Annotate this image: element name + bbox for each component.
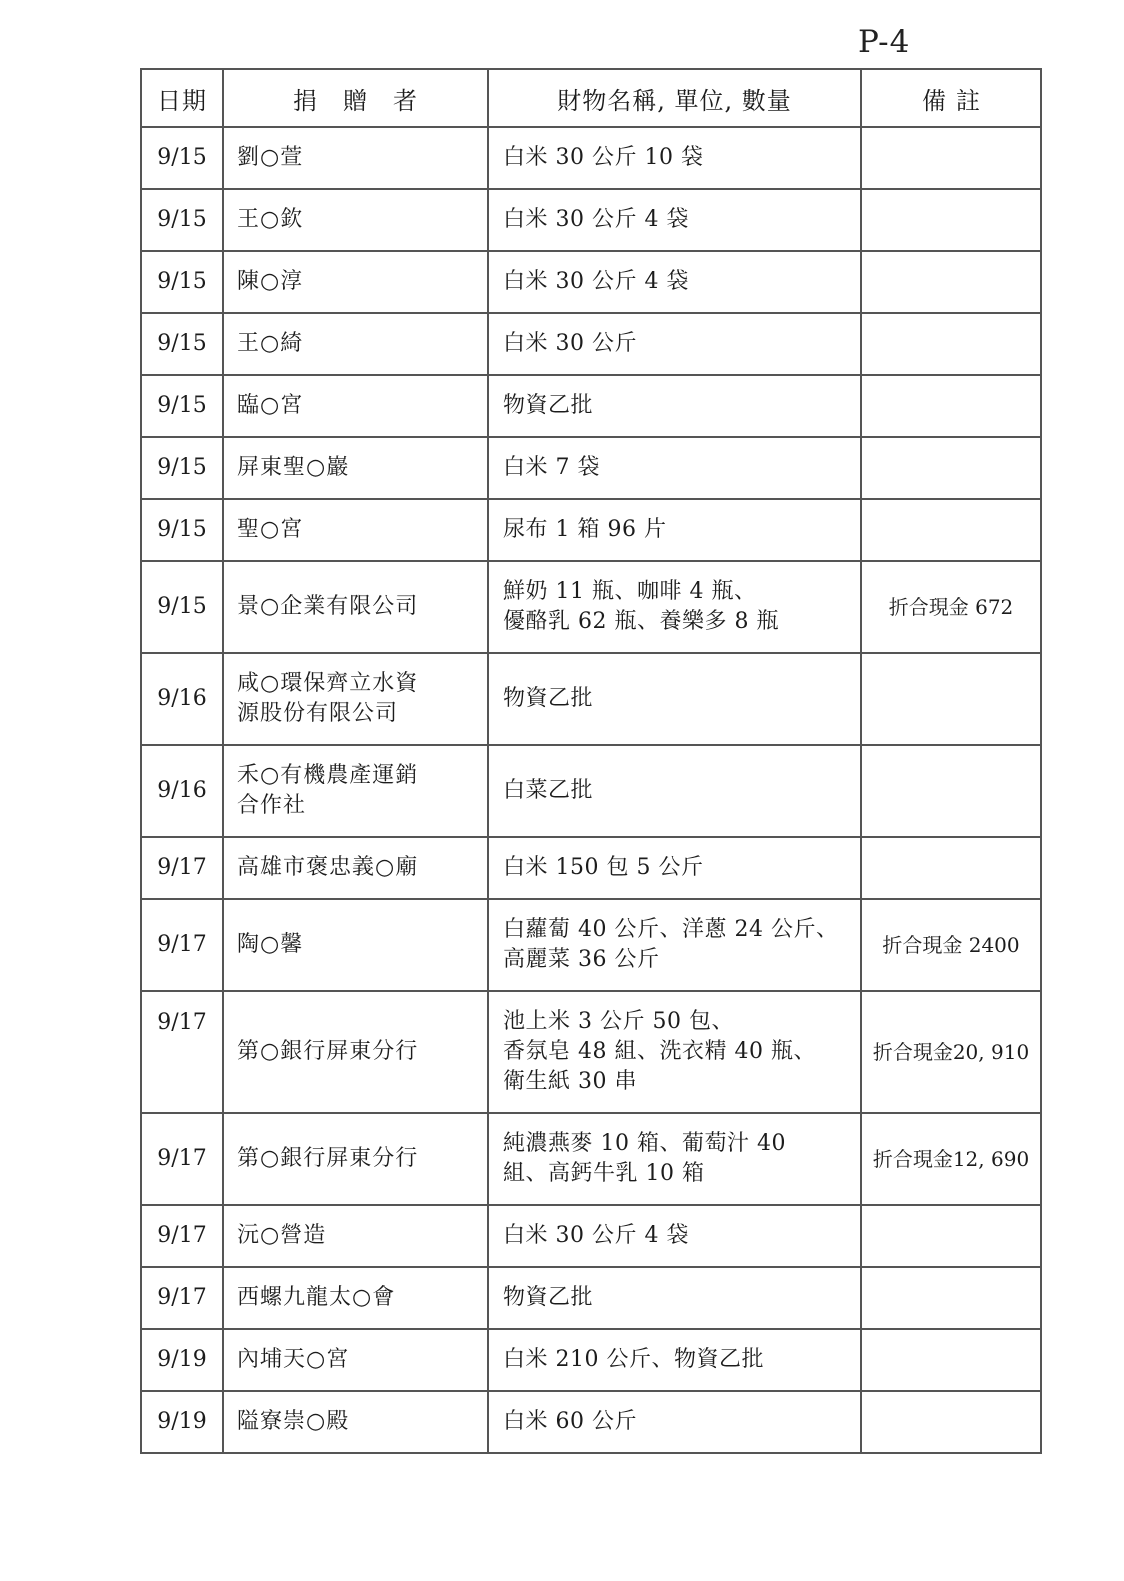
cell-donor: 禾○有機農產運銷 合作社 xyxy=(223,745,488,837)
table-row: 9/16 禾○有機農產運銷 合作社 白菜乙批 xyxy=(141,745,1041,837)
table-row: 9/15 臨○宮 物資乙批 xyxy=(141,375,1041,437)
cell-date: 9/19 xyxy=(141,1329,223,1391)
table-row: 9/15 陳○淳 白米 30 公斤 4 袋 xyxy=(141,251,1041,313)
cell-donor: 高雄市褒忠義○廟 xyxy=(223,837,488,899)
header-row: 日期 捐 贈 者 財物名稱, 單位, 數量 備註 xyxy=(141,69,1041,127)
cell-items: 池上米 3 公斤 50 包、 香氛皂 48 組、洗衣精 40 瓶、 衛生紙 30… xyxy=(488,991,861,1113)
cell-items: 物資乙批 xyxy=(488,375,861,437)
cell-note xyxy=(861,437,1041,499)
donation-table: 日期 捐 贈 者 財物名稱, 單位, 數量 備註 9/15 劉○萱 白米 30 … xyxy=(140,68,1042,1454)
document-page: P-4 日期 捐 贈 者 財物名稱, 單位, 數量 備註 9/15 劉○萱 白米… xyxy=(0,0,1124,1581)
cell-date: 9/15 xyxy=(141,561,223,653)
table-row: 9/19 內埔天○宮 白米 210 公斤、物資乙批 xyxy=(141,1329,1041,1391)
cell-items: 物資乙批 xyxy=(488,653,861,745)
table-row: 9/15 劉○萱 白米 30 公斤 10 袋 xyxy=(141,127,1041,189)
cell-note xyxy=(861,313,1041,375)
table-body: 9/15 劉○萱 白米 30 公斤 10 袋 9/15 王○欽 白米 30 公斤… xyxy=(141,127,1041,1453)
cell-items: 白米 30 公斤 xyxy=(488,313,861,375)
cell-note xyxy=(861,375,1041,437)
table-row: 9/19 隘寮崇○殿 白米 60 公斤 xyxy=(141,1391,1041,1453)
table-row: 9/17 第○銀行屏東分行 純濃燕麥 10 箱、葡萄汁 40 組、高鈣牛乳 10… xyxy=(141,1113,1041,1205)
cell-note: 折合現金20, 910 xyxy=(861,991,1041,1113)
cell-donor: 第○銀行屏東分行 xyxy=(223,991,488,1113)
cell-items: 白米 210 公斤、物資乙批 xyxy=(488,1329,861,1391)
cell-donor: 陳○淳 xyxy=(223,251,488,313)
cell-date: 9/15 xyxy=(141,313,223,375)
cell-items: 鮮奶 11 瓶、咖啡 4 瓶、 優酪乳 62 瓶、養樂多 8 瓶 xyxy=(488,561,861,653)
cell-donor: 臨○宮 xyxy=(223,375,488,437)
column-header-donor: 捐 贈 者 xyxy=(223,69,488,127)
cell-note xyxy=(861,1267,1041,1329)
cell-donor: 隘寮崇○殿 xyxy=(223,1391,488,1453)
table-row: 9/17 第○銀行屏東分行 池上米 3 公斤 50 包、 香氛皂 48 組、洗衣… xyxy=(141,991,1041,1113)
table-row: 9/17 高雄市褒忠義○廟 白米 150 包 5 公斤 xyxy=(141,837,1041,899)
cell-date: 9/15 xyxy=(141,499,223,561)
cell-note: 折合現金12, 690 xyxy=(861,1113,1041,1205)
cell-donor: 西螺九龍太○會 xyxy=(223,1267,488,1329)
cell-date: 9/17 xyxy=(141,1205,223,1267)
cell-items: 純濃燕麥 10 箱、葡萄汁 40 組、高鈣牛乳 10 箱 xyxy=(488,1113,861,1205)
cell-date: 9/15 xyxy=(141,375,223,437)
table-row: 9/15 王○欽 白米 30 公斤 4 袋 xyxy=(141,189,1041,251)
cell-items: 白菜乙批 xyxy=(488,745,861,837)
cell-donor: 沅○營造 xyxy=(223,1205,488,1267)
column-header-date: 日期 xyxy=(141,69,223,127)
cell-donor: 第○銀行屏東分行 xyxy=(223,1113,488,1205)
cell-date: 9/17 xyxy=(141,991,223,1113)
cell-date: 9/16 xyxy=(141,745,223,837)
table-row: 9/16 咸○環保齊立水資 源股份有限公司 物資乙批 xyxy=(141,653,1041,745)
cell-note: 折合現金 2400 xyxy=(861,899,1041,991)
cell-date: 9/19 xyxy=(141,1391,223,1453)
cell-donor: 劉○萱 xyxy=(223,127,488,189)
cell-date: 9/15 xyxy=(141,127,223,189)
cell-date: 9/17 xyxy=(141,837,223,899)
cell-items: 物資乙批 xyxy=(488,1267,861,1329)
cell-donor: 咸○環保齊立水資 源股份有限公司 xyxy=(223,653,488,745)
cell-donor: 景○企業有限公司 xyxy=(223,561,488,653)
cell-items: 白米 60 公斤 xyxy=(488,1391,861,1453)
cell-donor: 陶○馨 xyxy=(223,899,488,991)
cell-note xyxy=(861,499,1041,561)
cell-note xyxy=(861,745,1041,837)
cell-items: 白米 7 袋 xyxy=(488,437,861,499)
column-header-items: 財物名稱, 單位, 數量 xyxy=(488,69,861,127)
table-row: 9/17 西螺九龍太○會 物資乙批 xyxy=(141,1267,1041,1329)
cell-date: 9/15 xyxy=(141,189,223,251)
cell-donor: 王○欽 xyxy=(223,189,488,251)
cell-donor: 屏東聖○巖 xyxy=(223,437,488,499)
cell-items: 白米 30 公斤 10 袋 xyxy=(488,127,861,189)
cell-items: 白米 30 公斤 4 袋 xyxy=(488,1205,861,1267)
table-row: 9/17 沅○營造 白米 30 公斤 4 袋 xyxy=(141,1205,1041,1267)
cell-note xyxy=(861,189,1041,251)
table-row: 9/15 王○綺 白米 30 公斤 xyxy=(141,313,1041,375)
cell-note xyxy=(861,127,1041,189)
cell-note xyxy=(861,251,1041,313)
cell-date: 9/17 xyxy=(141,1113,223,1205)
table-row: 9/15 景○企業有限公司 鮮奶 11 瓶、咖啡 4 瓶、 優酪乳 62 瓶、養… xyxy=(141,561,1041,653)
cell-note: 折合現金 672 xyxy=(861,561,1041,653)
cell-donor: 王○綺 xyxy=(223,313,488,375)
table-row: 9/15 聖○宮 尿布 1 箱 96 片 xyxy=(141,499,1041,561)
cell-date: 9/17 xyxy=(141,1267,223,1329)
cell-note xyxy=(861,1329,1041,1391)
cell-note xyxy=(861,1205,1041,1267)
cell-note xyxy=(861,837,1041,899)
cell-items: 白米 30 公斤 4 袋 xyxy=(488,251,861,313)
page-number: P-4 xyxy=(858,24,910,60)
cell-date: 9/16 xyxy=(141,653,223,745)
cell-items: 白蘿蔔 40 公斤、洋蔥 24 公斤、 高麗菜 36 公斤 xyxy=(488,899,861,991)
cell-date: 9/15 xyxy=(141,437,223,499)
column-header-note: 備註 xyxy=(861,69,1041,127)
cell-items: 白米 150 包 5 公斤 xyxy=(488,837,861,899)
cell-donor: 內埔天○宮 xyxy=(223,1329,488,1391)
cell-donor: 聖○宮 xyxy=(223,499,488,561)
cell-items: 白米 30 公斤 4 袋 xyxy=(488,189,861,251)
table-row: 9/15 屏東聖○巖 白米 7 袋 xyxy=(141,437,1041,499)
cell-items: 尿布 1 箱 96 片 xyxy=(488,499,861,561)
table-row: 9/17 陶○馨 白蘿蔔 40 公斤、洋蔥 24 公斤、 高麗菜 36 公斤 折… xyxy=(141,899,1041,991)
cell-note xyxy=(861,653,1041,745)
cell-date: 9/15 xyxy=(141,251,223,313)
cell-note xyxy=(861,1391,1041,1453)
cell-date: 9/17 xyxy=(141,899,223,991)
